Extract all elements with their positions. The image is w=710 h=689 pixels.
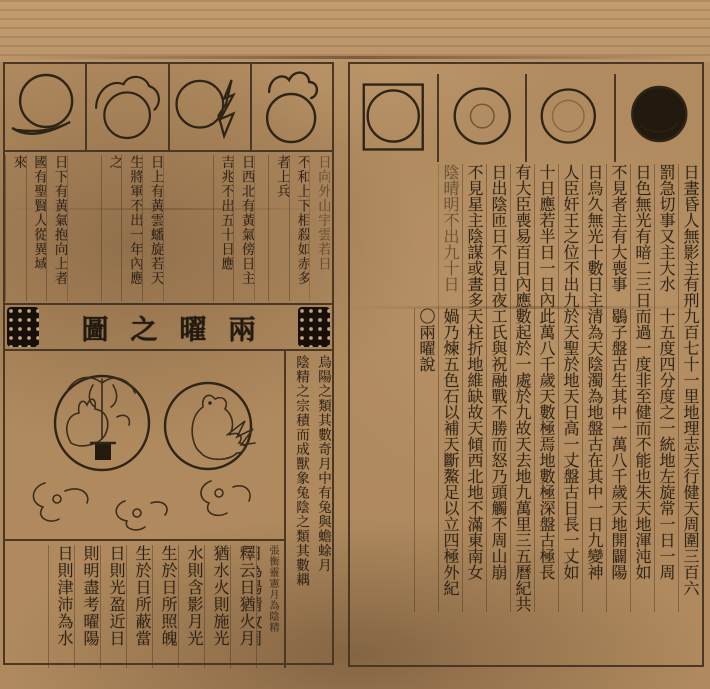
left-sun-diagram-strip — [5, 64, 332, 152]
right-sun-diagram-strip — [350, 64, 702, 164]
torn-dark-patch — [0, 389, 58, 415]
text-column: 媧乃煉五色石以補天斷鰲足以立四極外紀 — [438, 308, 462, 612]
text-column: 生將軍不出一年內應 — [121, 155, 142, 301]
left-lower-text-block: 張衡靈憲月為陰精 日為陽精故周 釋云日猶火月 猶水火則施光 水則含影月光 生於日… — [5, 539, 284, 668]
text-column: 則明盡考曜陽 — [74, 545, 100, 668]
right-main-text-block: 九百七十一里地理志天行健天周圍三百六 十五度四分度之一統地左旋常一日一周 而過一… — [350, 308, 702, 612]
sun-circle-with-arc-canopy-above-icon — [87, 64, 169, 150]
text-column: 工氏與祝融戰不勝而怒乃頭觸不周山崩 — [486, 308, 510, 612]
text-column: 烏陽之類其數奇月中有兔與蟾蜍月 — [310, 355, 332, 668]
sun-circle-with-flame-banner-right-icon — [170, 64, 252, 150]
text-column: 吉兆不出五十日應 — [213, 155, 234, 301]
text-column: 有大臣喪易百日內應 — [510, 164, 534, 308]
text-column: 日則光盈近日 — [100, 545, 126, 668]
sun-circle-plain-icon — [527, 74, 616, 162]
text-column: 不見者主有大喪事 — [606, 164, 630, 308]
text-column: 日向外山宇雲若日 — [309, 155, 330, 301]
text-column: 生於日所蔽當 — [126, 545, 152, 668]
ink-smear — [352, 66, 698, 74]
text-column: 日烏久無光十數日主 — [582, 164, 606, 308]
text-column: 水則含影月光 — [178, 545, 204, 668]
text-column: 日出陰匝日不見日夜 — [486, 164, 510, 308]
inline-annotation: 張衡靈憲月為陰精 — [267, 545, 278, 633]
text-column: 不見星主陰謀或晝多 — [462, 164, 486, 308]
left-page: 日向外山宇雲若日 不和上下相殺如赤多 者上兵 日西北有黃氣傍日主 吉兆不出五十日… — [3, 62, 334, 665]
left-omen-text-block: 日向外山宇雲若日 不和上下相殺如赤多 者上兵 日西北有黃氣傍日主 吉兆不出五十日… — [5, 152, 332, 305]
sun-circle-double-ring-icon — [439, 74, 528, 162]
text-column: 猶水火則施光 — [204, 545, 230, 668]
text-column: 日色無光有暗二三日 — [630, 164, 654, 308]
text-column: 之 — [101, 155, 122, 301]
text-column: 此萬八千歲天數極焉地數極深盤古極長 — [534, 308, 558, 612]
text-column: 者上兵 — [268, 155, 289, 301]
text-column: 〇兩曜說 — [414, 308, 438, 612]
sun-circle-with-cloud-boat-below-icon — [5, 64, 87, 150]
text-column: 而過一度非至健而不能也朱天地渾沌如 — [630, 308, 654, 612]
right-page: 日晝昏人無影主有刑 罰急切事又主大水 日色無光有暗二三日 不見者主有大喪事 日烏… — [348, 62, 704, 667]
text-column: 日晝昏人無影主有刑 — [678, 164, 702, 308]
blank-column — [254, 155, 269, 301]
text-column: 人臣奸王之位不出九 — [558, 164, 582, 308]
text-column: 十日應若半日一日內 — [534, 164, 558, 308]
text-column: 陰精之宗積而成獸象兔陰之類其數耦 — [288, 355, 310, 668]
text-column: 罰急切事又主大水 — [654, 164, 678, 308]
blank-column — [67, 155, 101, 301]
book-scan-photo: 日向外山宇雲若日 不和上下相殺如赤多 者上兵 日西北有黃氣傍日主 吉兆不出五十日… — [0, 0, 710, 689]
cartouche-end-cap — [7, 307, 39, 347]
horizontal-crease — [0, 208, 335, 210]
text-column: 日上有黃雲蟠旋若天 — [142, 155, 163, 301]
text-column: 張衡靈憲月為陰精 日為陽精故周 — [256, 545, 282, 668]
text-column: 日則津沛為水 — [48, 545, 74, 668]
horizontal-crease — [0, 56, 710, 59]
sun-eclipse-dark-disc-icon — [616, 74, 703, 162]
torn-dark-patch — [0, 415, 52, 447]
text-column: 日下有黃氣抱向上者 — [46, 155, 67, 301]
sun-circle-with-crown-cloud-above-icon — [252, 64, 332, 150]
cartouche-end-cap — [298, 307, 330, 347]
text-column: 九百七十一里地理志天行健天周圍三百六 — [678, 308, 702, 612]
right-omen-text-block: 日晝昏人無影主有刑 罰急切事又主大水 日色無光有暗二三日 不見者主有大喪事 日烏… — [350, 164, 702, 308]
horizontal-crease — [348, 306, 708, 309]
medallion-text-columns: 烏陽之類其數奇月中有兔與蟾蜍月 陰精之宗積而成獸象兔陰之類其數耦 — [284, 351, 332, 668]
page-title: 圖之曜兩 — [60, 308, 278, 347]
text-column: 於天聖於地天日高一丈盤古日長一丈如 — [558, 308, 582, 612]
text-column: 不和上下相殺如赤多 — [289, 155, 310, 301]
sun-circle-in-square-icon — [350, 74, 439, 162]
title-cartouche: 圖之曜兩 — [5, 305, 332, 351]
text-column: 天柱折地維缺故天傾西北地不滿東南女 — [462, 308, 486, 612]
torn-paper-layer — [0, 633, 40, 679]
torn-dark-patch — [0, 447, 48, 477]
text-column: 日西北有黃氣傍日主 — [233, 155, 254, 301]
text-column: 國有聖賢人從異域 — [26, 155, 47, 301]
text-column: 鶡子盤古生其中一萬八千歲天地開闢陽 — [606, 308, 630, 612]
text-column: 釋云日猶火月 — [230, 545, 256, 668]
text-column: 陰晴明不出九十日 — [438, 164, 462, 308]
book-top-edge — [0, 0, 710, 62]
blank-column — [163, 155, 213, 301]
text-column: 生於日所照魄 — [152, 545, 178, 668]
right-diagram-row — [350, 74, 702, 162]
text-column: 清為天陰濁為地盤古在其中一日九變神 — [582, 308, 606, 612]
text-column: 數起於一處於九故天去地九萬里三五曆紀共 — [510, 308, 534, 612]
text-column: 十五度四分度之一統地左旋常一日一周 — [654, 308, 678, 612]
text-column: 來 — [5, 155, 26, 301]
